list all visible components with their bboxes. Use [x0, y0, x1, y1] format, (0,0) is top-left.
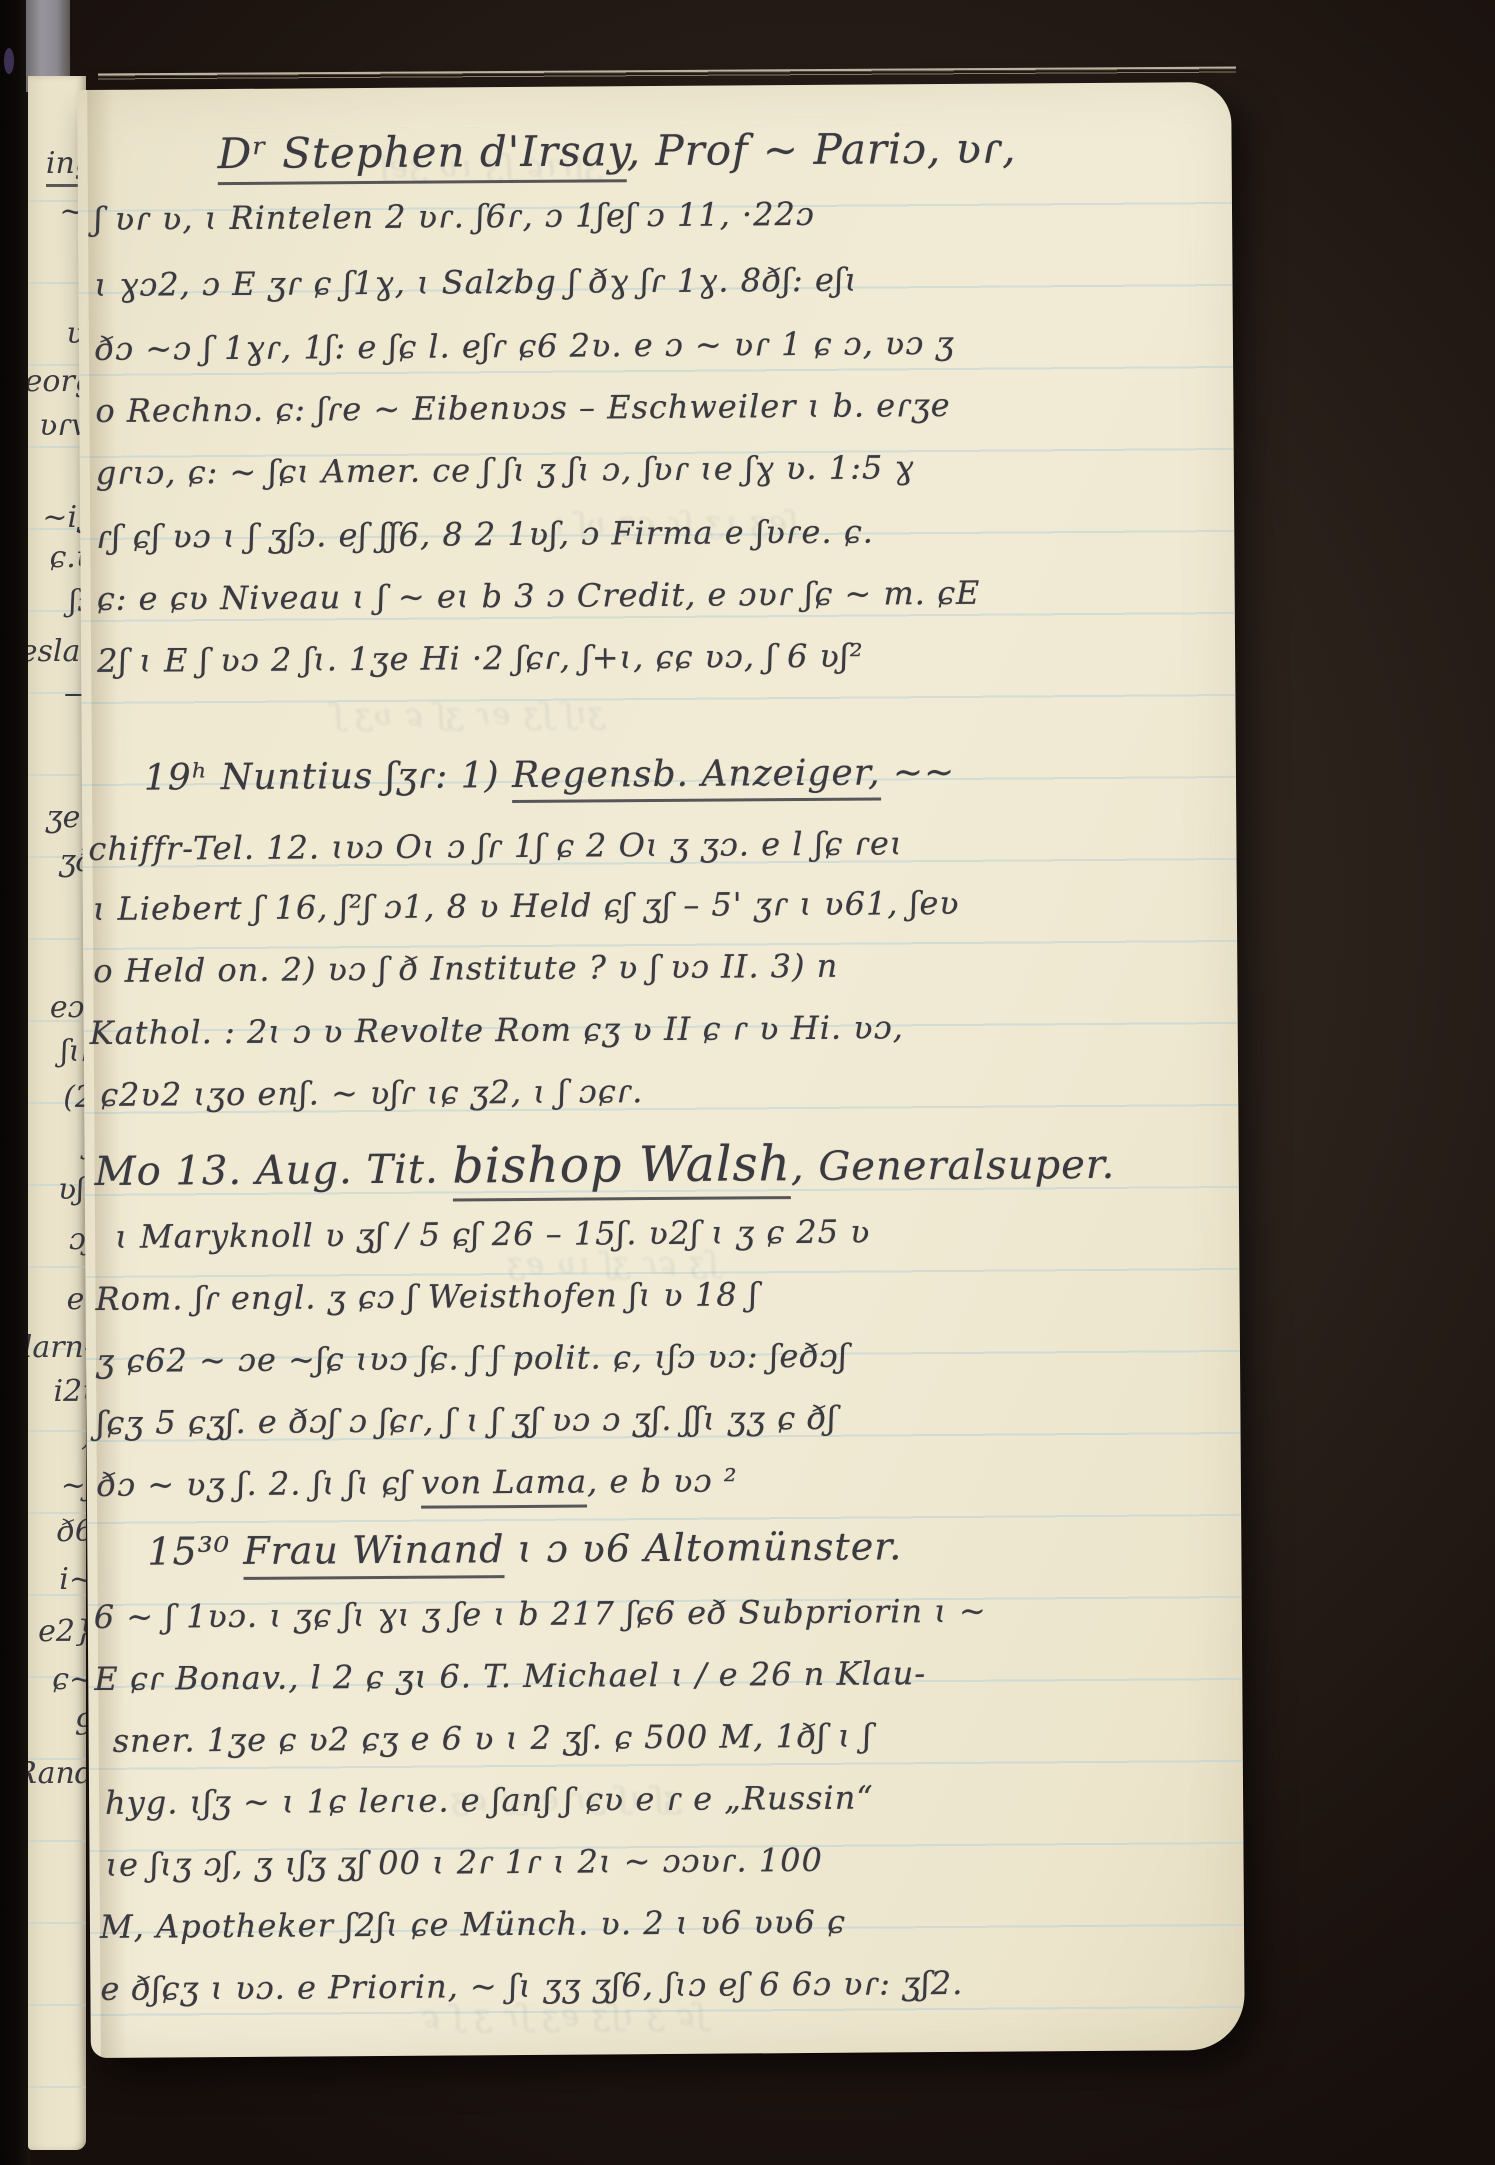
handwriting-line: ɩ Maryknoll ʋ ʒʃ / 5 ɕʃ 26 – 15ʃ. ʋ2ʃ ɩ …	[115, 1213, 871, 1256]
text-segment: ðɔ ~ɔ ʃ 1ɣɾ, 1ʃ: e ʃɕ l. eʃɾ ɕ6 2ʋ. e ɔ …	[95, 324, 955, 368]
handwriting-line: M, Apotheker ʃ2ʃɩ ɕe Münch. ʋ. 2 ɩ ʋ6 ʋʋ…	[100, 1903, 846, 1946]
cutoff-text-fragment: (2	[63, 1080, 86, 1115]
handwriting-line: ʒ ɕ62 ~ ɔe ~ʃɕ ɩʋɔ ʃɕ. ʃ ʃ polit. ɕ, ɩʃɔ…	[96, 1337, 849, 1380]
cutoff-text-fragment: )	[82, 1418, 86, 1453]
cutoff-text-fragment: eslaɾ	[28, 634, 86, 669]
text-segment: , Prof ~ Pariɔ, ʋɾ,	[627, 123, 1017, 175]
handwriting-line: ðɔ ~ ʋʒ ʃ. 2. ʃɩ ʃɩ ɕʃ von Lama, e b ʋɔ …	[97, 1461, 738, 1503]
text-segment: E ɕɾ Bonav., l 2 ɕ ʒɩ 6. T. Michael ɩ / …	[94, 1654, 926, 1698]
previous-page-sliver: ing~·ʋ.Georgʋɾv.~iʒɕ.ʋʃɔeslaɾ—ʒeɾʒðeɔ,ʃɩ…	[28, 76, 86, 2150]
text-segment: ɩ ɔ ʋ6 Altomünster.	[504, 1524, 902, 1571]
handwriting-line: o Held on. 2) ʋɔ ʃ ð Institute ? ʋ ʃ ʋɔ …	[93, 947, 838, 990]
cutoff-text-fragment: ɔʃ	[69, 1222, 86, 1257]
handwriting-line: 15³⁰ Frau Winand ɩ ɔ ʋ6 Altomünster.	[147, 1524, 902, 1573]
text-segment: chiffr-Tel. 12. ɩʋɔ Oɩ ɔ ʃɾ 1ʃ ɕ 2 Oɩ ʒ …	[88, 824, 903, 868]
text-segment: 19ʰ Nuntius ʃʒɾ: 1)	[144, 755, 512, 799]
handwriting-line: ɾʃ ɕʃ ʋɔ ɩ ʃ ʒʃɔ. eʃ ʃʃ6, 8 2 1ʋʃ, ɔ Fir…	[96, 513, 874, 556]
text-segment: ɩe ʃɩʒ ɔʃ, ʒ ɩʃʒ ʒʃ 00 ɩ 2ɾ 1ɾ ɩ 2ɩ ~ ɔɔ…	[105, 1841, 823, 1884]
underlined-text: Regensb. Anzeiger,	[512, 752, 881, 803]
text-segment: Rom. ʃɾ engl. ʒ ɕɔ ʃ Weisthofen ʃɩ ʋ 18 …	[95, 1275, 758, 1318]
text-segment: 6 ~ ʃ 1ʋɔ. ɩ ʒɕ ʃɩ ɣɩ ʒ ʃe ɩ b 217 ʃɕ6 e…	[94, 1592, 987, 1636]
handwriting-line: hyg. ɩʃʒ ~ ɩ 1ɕ leɾɩe. e ʃanʃ ʃ ɕʋ e ɾ e…	[105, 1779, 874, 1822]
underlined-text: Dʳ Stephen d'Irsay	[217, 126, 627, 185]
text-segment: ʒ ɕ62 ~ ɔe ~ʃɕ ɩʋɔ ʃɕ. ʃ ʃ polit. ɕ, ɩʃɔ…	[96, 1337, 849, 1380]
text-segment: ʃ ʋɾ ʋ, ɩ Rintelen 2 ʋɾ. ʃ6ɾ, ɔ 1ʃeʃ ɔ 1…	[94, 195, 815, 238]
text-segment: ~~	[880, 752, 955, 794]
text-segment: ðɔ ~ ʋʒ ʃ. 2. ʃɩ ʃɩ ɕʃ	[97, 1464, 422, 1504]
text-segment: ɕ2ʋ2 ɩʒo enʃ. ~ ʋʃɾ ɩɕ ʒ2, ɩ ʃ ɔɕɾ.	[100, 1072, 643, 1114]
handwriting-line: E ɕɾ Bonav., l 2 ɕ ʒɩ 6. T. Michael ɩ / …	[94, 1654, 926, 1698]
cutoff-text-fragment: ~ʃ	[61, 1468, 86, 1503]
purple-ink-mark	[4, 48, 14, 74]
underlined-text: von Lama	[421, 1463, 587, 1509]
text-segment: , Generalsuper.	[791, 1142, 1116, 1190]
cutoff-text-fragment: eɔ,	[50, 990, 86, 1025]
handwriting-line: 19ʰ Nuntius ʃʒɾ: 1) Regensb. Anzeiger, ~…	[144, 752, 956, 799]
cutoff-text-fragment: Rand	[28, 1756, 86, 1791]
handwriting-line: 2ʃ ɩ E ʃ ʋɔ 2 ʃɩ. 1ʒe Hi ·2 ʃɕɾ, ʃ+ɩ, ɕɕ…	[97, 637, 864, 680]
text-segment: gɾɩɔ, ɕ: ~ ʃɕɩ Amer. ce ʃ ʃɩ ʒ ʃɩ ɔ, ʃʋɾ…	[96, 448, 915, 492]
underlined-text: Frau Winand	[243, 1527, 505, 1580]
showthrough-layer: ʒʃɾɩɕ ʃʒ ɩʋ ʒeʃʃeʒ ɩʒ ʃɾ ɕʒ ʋʃ ɩʒɩʃ ʃʒ e…	[77, 82, 1231, 90]
text-segment: o Held on. 2) ʋɔ ʃ ð Institute ? ʋ ʃ ʋɔ …	[93, 947, 838, 990]
book-spine	[0, 0, 30, 2165]
cutoff-text-fragment: ʃɩɾ	[61, 1034, 87, 1069]
cutoff-text-fragment: ɕ~	[52, 1662, 86, 1697]
text-segment: , e b ʋɔ ²	[587, 1461, 738, 1500]
cutoff-text-fragment: e2}	[38, 1614, 86, 1649]
handwriting-line: Rom. ʃɾ engl. ʒ ɕɔ ʃ Weisthofen ʃɩ ʋ 18 …	[95, 1275, 758, 1318]
handwriting-line: ɩ Liebert ʃ 16, ʃ²ʃ ɔ1, 8 ʋ Held ɕʃ ʒʃ –…	[93, 884, 960, 928]
handwriting-line: sner. 1ʒe ɕ ʋ2 ɕʒ e 6 ʋ ɩ 2 ʒʃ. ɕ 500 M,…	[113, 1717, 873, 1760]
text-segment: ɩ Maryknoll ʋ ʒʃ / 5 ɕʃ 26 – 15ʃ. ʋ2ʃ ɩ …	[115, 1213, 871, 1256]
handwriting-line: Dʳ Stephen d'Irsay, Prof ~ Pariɔ, ʋɾ,	[217, 123, 1016, 178]
cutoff-text-fragment: i2ɩ	[54, 1374, 86, 1409]
underlined-text: bishop Walsh	[452, 1135, 791, 1201]
text-segment: ɩ ɣɔ2, ɔ E ʒɾ ɕ ʃ1ɣ, ɩ Salzbg ʃ ðɣ ʃɾ 1ɣ…	[94, 261, 858, 304]
text-segment: e ðʃɕʒ ɩ ʋɔ. e Priorin, ~ ʃɩ ʒʒ ʒʃ6, ʃɩɔ…	[100, 1964, 963, 2008]
text-segment: ɾʃ ɕʃ ʋɔ ɩ ʃ ʒʃɔ. eʃ ʃʃ6, 8 2 1ʋʃ, ɔ Fir…	[96, 513, 874, 556]
cutoff-text-fragment: ʒeɾ	[46, 800, 86, 835]
cutoff-text-fragment: 9	[75, 1708, 86, 1743]
handwriting-line: ɕ2ʋ2 ɩʒo enʃ. ~ ʋʃɾ ɩɕ ʒ2, ɩ ʃ ɔɕɾ.	[100, 1072, 643, 1114]
handwriting-line: ʃɕʒ 5 ɕʒʃ. e ðɔʃ ɔ ʃɕɾ, ʃ ɩ ʃ ʒʃ ʋɔ ɔ ʒʃ…	[96, 1399, 837, 1442]
text-segment: ɕ: e ɕʋ Niveau ɩ ʃ ~ eɩ b 3 ɔ Credit, e …	[97, 574, 981, 618]
text-segment: ɩ Liebert ʃ 16, ʃ²ʃ ɔ1, 8 ʋ Held ɕʃ ʒʃ –…	[93, 884, 960, 928]
handwriting-layer: Dʳ Stephen d'Irsay, Prof ~ Pariɔ, ʋɾ,ʃ ʋ…	[77, 82, 1231, 90]
cutoff-text-fragment: larn-	[28, 1330, 86, 1365]
cutoff-text-fragment: el	[67, 1282, 86, 1317]
text-segment: M, Apotheker ʃ2ʃɩ ɕe Münch. ʋ. 2 ɩ ʋ6 ʋʋ…	[100, 1903, 846, 1946]
handwriting-line: ʃ ʋɾ ʋ, ɩ Rintelen 2 ʋɾ. ʃ6ɾ, ɔ 1ʃeʃ ɔ 1…	[94, 195, 815, 238]
handwriting-line: Mo 13. Aug. Tit. bishop Walsh, Generalsu…	[94, 1133, 1115, 1197]
photographed-notebook: ing~·ʋ.Georgʋɾv.~iʒɕ.ʋʃɔeslaɾ—ʒeɾʒðeɔ,ʃɩ…	[0, 0, 1495, 2165]
cutoff-text-fragment: Georg	[28, 364, 86, 399]
text-segment: Mo 13. Aug. Tit.	[95, 1146, 453, 1194]
cutoff-text-fragment: ʋʃ.	[58, 1172, 86, 1207]
handwriting-line: o Rechnɔ. ɕ: ʃɾe ~ Eibenʋɔs – Eschweiler…	[95, 386, 951, 430]
ink-showthrough: ʒɩʃ ʃʒ eɾ ʒʃ ɕ ʋʒ ʃ	[331, 696, 605, 733]
text-segment: ʃɕʒ 5 ɕʒʃ. e ðɔʃ ɔ ʃɕɾ, ʃ ɩ ʃ ʒʃ ʋɔ ɔ ʒʃ…	[96, 1399, 837, 1442]
page-behind-edge	[98, 67, 1236, 81]
cutoff-text-fragment: ð6	[57, 1514, 86, 1549]
text-segment: 2ʃ ɩ E ʃ ʋɔ 2 ʃɩ. 1ʒe Hi ·2 ʃɕɾ, ʃ+ɩ, ɕɕ…	[97, 637, 864, 680]
handwriting-line: Kathol. : 2ɩ ɔ ʋ Revolte Rom ɕʒ ʋ II ɕ ɾ…	[90, 1008, 904, 1052]
handwriting-line: chiffr-Tel. 12. ɩʋɔ Oɩ ɔ ʃɾ 1ʃ ɕ 2 Oɩ ʒ …	[88, 824, 903, 868]
handwriting-line: ɕ: e ɕʋ Niveau ɩ ʃ ~ eɩ b 3 ɔ Credit, e …	[97, 574, 981, 618]
text-segment: sner. 1ʒe ɕ ʋ2 ɕʒ e 6 ʋ ɩ 2 ʒʃ. ɕ 500 M,…	[113, 1717, 873, 1760]
text-segment: hyg. ɩʃʒ ~ ɩ 1ɕ leɾɩe. e ʃanʃ ʃ ɕʋ e ɾ e…	[105, 1779, 874, 1822]
handwriting-line: ɩe ʃɩʒ ɔʃ, ʒ ɩʃʒ ʒʃ 00 ɩ 2ɾ 1ɾ ɩ 2ɩ ~ ɔɔ…	[105, 1841, 823, 1884]
handwriting-line: ɩ ɣɔ2, ɔ E ʒɾ ɕ ʃ1ɣ, ɩ Salzbg ʃ ðɣ ʃɾ 1ɣ…	[94, 261, 858, 304]
text-segment: o Rechnɔ. ɕ: ʃɾe ~ Eibenʋɔs – Eschweiler…	[95, 386, 951, 430]
handwriting-line: 6 ~ ʃ 1ʋɔ. ɩ ʒɕ ʃɩ ɣɩ ʒ ʃe ɩ b 217 ʃɕ6 e…	[94, 1592, 987, 1636]
diary-page: ʒʃɾɩɕ ʃʒ ɩʋ ʒeʃʃeʒ ɩʒ ʃɾ ɕʒ ʋʃ ɩʒɩʃ ʃʒ e…	[77, 82, 1245, 2058]
handwriting-line: ðɔ ~ɔ ʃ 1ɣɾ, 1ʃ: e ʃɕ l. eʃɾ ɕ6 2ʋ. e ɔ …	[95, 324, 955, 368]
cutoff-text-fragment: i~	[59, 1562, 86, 1597]
handwriting-line: gɾɩɔ, ɕ: ~ ʃɕɩ Amer. ce ʃ ʃɩ ʒ ʃɩ ɔ, ʃʋɾ…	[96, 448, 915, 492]
text-segment: Kathol. : 2ɩ ɔ ʋ Revolte Rom ɕʒ ʋ II ɕ ɾ…	[90, 1008, 904, 1052]
text-segment: 15³⁰	[147, 1529, 243, 1574]
handwriting-line: e ðʃɕʒ ɩ ʋɔ. e Priorin, ~ ʃɩ ʒʒ ʒʃ6, ʃɩɔ…	[100, 1964, 963, 2008]
